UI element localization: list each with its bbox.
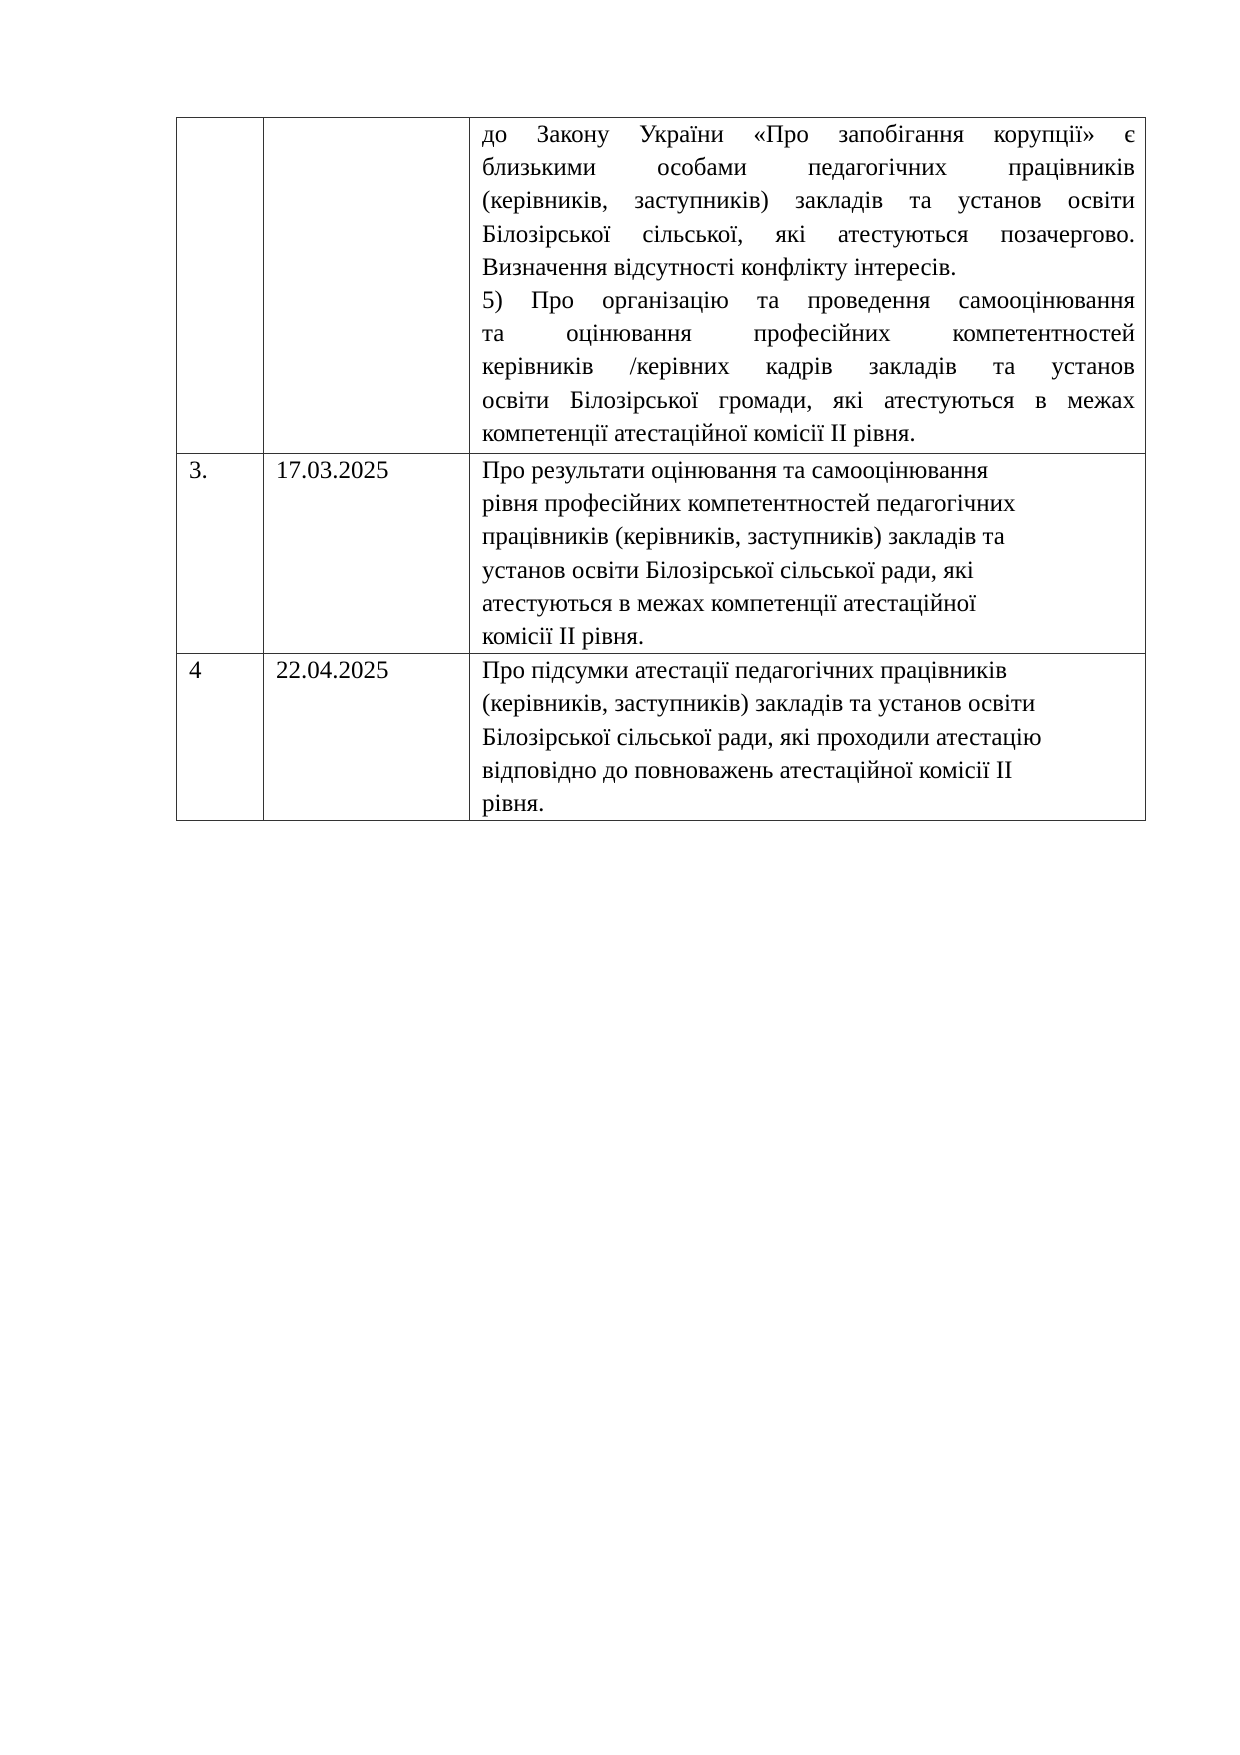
- row-topic-cell: Про підсумки атестації педагогічних прац…: [470, 654, 1146, 821]
- document-page: до Закону України «Про запобігання коруп…: [0, 0, 1240, 1755]
- schedule-table: до Закону України «Про запобігання коруп…: [176, 117, 1146, 821]
- row-topic-cell: до Закону України «Про запобігання коруп…: [470, 118, 1146, 454]
- topic-line: рівня.: [482, 787, 1135, 820]
- row-date-cell: 22.04.2025: [264, 654, 470, 821]
- topic-line: Визначення відсутності конфлікту інтерес…: [482, 251, 1135, 284]
- topic-line: керівників /керівних кадрів закладів та …: [482, 350, 1135, 383]
- topic-line: близькими особами педагогічних працівник…: [482, 151, 1135, 184]
- topic-line: (керівників, заступників) закладів та ус…: [482, 687, 1135, 720]
- topic-line: компетенції атестаційної комісії ІІ рівн…: [482, 417, 1135, 450]
- row-date-cell: [264, 118, 470, 454]
- row-number-cell: 4: [177, 654, 264, 821]
- topic-line: освіти Білозірської громади, які атестую…: [482, 384, 1135, 417]
- row-date-cell: 17.03.2025: [264, 454, 470, 654]
- topic-line: установ освіти Білозірської сільської ра…: [482, 554, 1135, 587]
- table-row: до Закону України «Про запобігання коруп…: [177, 118, 1146, 454]
- row-number-cell: [177, 118, 264, 454]
- topic-line: Про результати оцінювання та самооцінюва…: [482, 454, 1135, 487]
- row-number-cell: 3.: [177, 454, 264, 654]
- table-row: 3. 17.03.2025 Про результати оцінювання …: [177, 454, 1146, 654]
- topic-line: комісії ІІ рівня.: [482, 620, 1135, 653]
- topic-line: відповідно до повноважень атестаційної к…: [482, 754, 1135, 787]
- topic-line: Білозірської сільської ради, які проходи…: [482, 721, 1135, 754]
- topic-line: (керівників, заступників) закладів та ус…: [482, 184, 1135, 217]
- topic-line: до Закону України «Про запобігання коруп…: [482, 118, 1135, 151]
- topic-line: рівня професійних компетентностей педаго…: [482, 487, 1135, 520]
- topic-line: та оцінювання професійних компетентносте…: [482, 317, 1135, 350]
- topic-line: Про підсумки атестації педагогічних прац…: [482, 654, 1135, 687]
- row-topic-cell: Про результати оцінювання та самооцінюва…: [470, 454, 1146, 654]
- topic-line: атестуються в межах компетенції атестаці…: [482, 587, 1135, 620]
- topic-line: Білозірської сільської, які атестуються …: [482, 218, 1135, 251]
- topic-line: працівників (керівників, заступників) за…: [482, 520, 1135, 553]
- topic-line: 5) Про організацію та проведення самооці…: [482, 284, 1135, 317]
- table-row: 4 22.04.2025 Про підсумки атестації педа…: [177, 654, 1146, 821]
